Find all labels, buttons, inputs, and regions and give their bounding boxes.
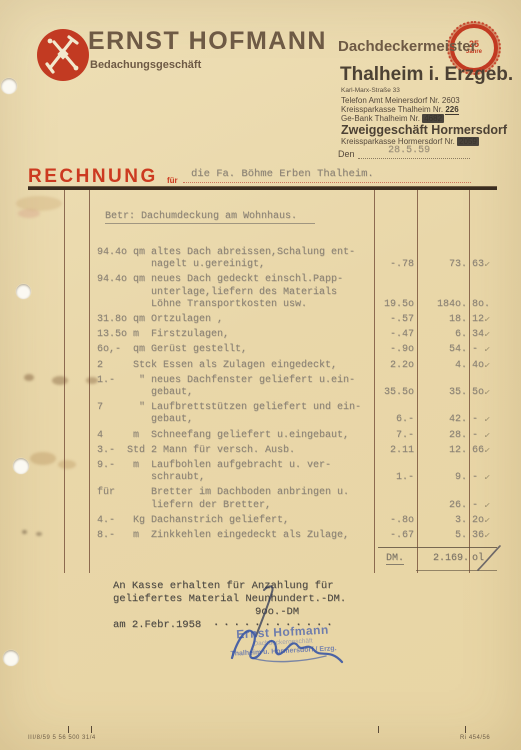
invoice-line-text: 3.- Std 2 Mann für versch. Ausb.: [97, 445, 295, 456]
unit-price: -.67: [372, 530, 414, 541]
company-logo: [36, 28, 90, 87]
unit-price: -.47: [372, 329, 414, 340]
date-line: [358, 158, 470, 159]
registration-mark: [378, 726, 379, 733]
handwritten-tick: ✓: [483, 360, 491, 370]
company-subtitle: Bedachungsgeschäft: [90, 59, 201, 71]
paper-stain: [30, 452, 56, 465]
paper-stain: [24, 374, 34, 381]
customer-name: die Fa. Böhme Erben Thalheim.: [191, 168, 374, 180]
registration-mark: [465, 726, 466, 733]
unit-price: 2.2o: [372, 360, 414, 371]
payment-note-line1: An Kasse erhalten für Anzahlung für: [113, 580, 334, 592]
amount-dm: 35.: [416, 387, 467, 398]
invoice-line-text: 8.- m Zinkkehlen eingedeckt als Zulage,: [97, 530, 349, 541]
invoice-line-text: schraubt,: [97, 472, 205, 483]
amount-dm: 9.: [416, 472, 467, 483]
amount-dm: 12.: [416, 445, 467, 456]
punch-hole: [16, 284, 31, 299]
handwritten-tick: ✓: [483, 260, 491, 270]
bank-line-1: Kreissparkasse Thalheim Nr. 226: [341, 105, 459, 114]
amount-pf: 12: [472, 314, 484, 325]
table-top-rule: [28, 186, 497, 190]
unit-price: -.8o: [372, 515, 414, 526]
amount-dm: 184o.: [416, 299, 467, 310]
print-code-left: III/8/59 5 56 500 31/4: [28, 735, 96, 741]
obscured-account-number: 2059: [457, 137, 479, 146]
table-column-line: [64, 190, 65, 573]
amount-pf: -: [472, 430, 478, 441]
bank-line-2: Ge-Bank Thalheim Nr. 4682: [341, 114, 444, 123]
unit-price: -.78: [372, 259, 414, 270]
registration-mark: [68, 726, 69, 733]
handwritten-tick: ✓: [483, 500, 491, 510]
invoice-line-text: 31.8o qm Ortzulagen ,: [97, 314, 223, 325]
total-amount-dm: 2.169.: [404, 553, 469, 564]
amount-dm: 54.: [416, 344, 467, 355]
invoice-line-text: unterlage,liefern des Materials: [97, 287, 337, 298]
invoice-line-text: gebaut,: [97, 387, 193, 398]
amount-dm: 4.: [416, 360, 467, 371]
unit-price: 6.-: [372, 414, 414, 425]
invoice-line-text: nagelt u.gereinigt,: [97, 259, 265, 270]
invoice-line-text: gebaut,: [97, 414, 193, 425]
invoice-line-text: 6o,- qm Gerüst gestellt,: [97, 344, 247, 355]
amount-dm: 5.: [416, 530, 467, 541]
roofer-guild-emblem-icon: [36, 28, 90, 82]
payment-date: am 2.Febr.1958: [113, 619, 201, 631]
payment-note-line2: geliefertes Material Neunhundert.-DM.: [113, 593, 346, 605]
typed-date: 28.5.59: [388, 145, 430, 156]
amount-pf: 4o: [472, 360, 484, 371]
branch-office: Zweiggeschäft Hormersdorf: [341, 123, 507, 137]
unit-price: -.9o: [372, 344, 414, 355]
punch-hole: [13, 458, 29, 474]
table-column-line: [469, 190, 470, 573]
street-line: Karl-Marx-Straße 33: [341, 87, 400, 94]
registration-mark: [91, 726, 92, 733]
customer-line: die Fa. Böhme Erben Thalheim.: [183, 169, 471, 183]
handwritten-tick: ✓: [483, 430, 491, 440]
amount-pf: 2o: [472, 515, 484, 526]
unit-price: 2.11: [372, 445, 414, 456]
invoice-line-text: 94.4o qm altes Dach abreissen,Schalung e…: [97, 247, 355, 258]
amount-pf: 63: [472, 259, 484, 270]
unit-price: 1.-: [372, 472, 414, 483]
handwritten-tick: ✓: [483, 515, 491, 525]
handwritten-tick: ✓: [483, 445, 491, 455]
amount-pf: -: [472, 344, 478, 355]
punch-hole: [1, 78, 17, 94]
invoice-line-text: Löhne Transportkosten usw.: [97, 299, 307, 310]
amount-pf: -: [472, 414, 478, 425]
subject-line: Betr: Dachumdeckung am Wohnhaus.: [105, 211, 315, 224]
amount-dm: 42.: [416, 414, 467, 425]
handwritten-check-slash: [476, 544, 502, 572]
invoice-line-text: 7 " Laufbrettstützen geliefert und ein-: [97, 402, 361, 413]
table-column-line: [89, 190, 90, 573]
unit-price: 35.5o: [372, 387, 414, 398]
paper-stain: [58, 460, 76, 469]
company-name: ERNST HOFMANN: [88, 27, 327, 56]
paper-stain: [52, 376, 68, 385]
phone-line: Telefon Amt Meinersdorf Nr. 2603: [341, 96, 460, 105]
unit-price: 19.5o: [372, 299, 414, 310]
punch-hole: [3, 650, 19, 666]
bank-account-number: 226: [445, 105, 458, 115]
amount-dm: 3.: [416, 515, 467, 526]
amount-pf: -: [472, 472, 478, 483]
invoice-line-text: 4 m Schneefang geliefert u.eingebaut,: [97, 430, 349, 441]
print-code-right: Ri 454/56: [460, 735, 490, 741]
paper-stain: [18, 209, 40, 218]
obscured-account-number: 4682: [422, 114, 444, 123]
invoice-document: 25 Jahre ERNST HOFMANN Dachdeckermeister…: [0, 0, 521, 750]
invoice-line-text: 1.- " neues Dachfenster geliefert u.ein-: [97, 375, 355, 386]
unit-price: -.57: [372, 314, 414, 325]
amount-pf: 8o.: [472, 299, 490, 310]
unit-price: 7.-: [372, 430, 414, 441]
invoice-line-text: 9.- m Laufbohlen aufgebracht u. ver-: [97, 460, 331, 471]
handwritten-tick: ✓: [483, 315, 491, 325]
invoice-line-text: 13.5o m Firstzulagen,: [97, 329, 229, 340]
amount-pf: 5o: [472, 387, 484, 398]
date-label: Den: [338, 150, 355, 159]
company-profession: Dachdeckermeister: [338, 38, 476, 55]
total-currency-label: DM.: [386, 553, 404, 565]
invoice-line-text: 4.- Kg Dachanstrich geliefert,: [97, 515, 289, 526]
amount-pf: 34: [472, 329, 484, 340]
amount-dm: 26.: [416, 500, 467, 511]
amount-dm: 28.: [416, 430, 467, 441]
invoice-line-text: liefern der Bretter,: [97, 500, 271, 511]
handwritten-tick: ✓: [483, 330, 491, 340]
invoice-line-text: 2 Stck Essen als Zulagen eingedeckt,: [97, 360, 337, 371]
handwritten-tick: ✓: [483, 388, 491, 398]
amount-pf: 66: [472, 445, 484, 456]
paper-stain: [22, 530, 27, 534]
handwritten-tick: ✓: [483, 473, 491, 483]
invoice-heading-suffix: für: [167, 176, 178, 185]
invoice-line-text: für Bretter im Dachboden anbringen u.: [97, 487, 349, 498]
invoice-heading: RECHNUNG: [28, 166, 158, 188]
handwritten-tick: ✓: [483, 531, 491, 541]
handwritten-tick: ✓: [483, 345, 491, 355]
paper-stain: [36, 532, 42, 536]
invoice-line-text: 94.4o qm neues Dach gedeckt einschl.Papp…: [97, 274, 343, 285]
company-city: Thalheim i. Erzgeb.: [340, 64, 513, 86]
handwritten-tick: ✓: [483, 415, 491, 425]
amount-dm: 6.: [416, 329, 467, 340]
amount-dm: 73.: [416, 259, 467, 270]
amount-pf: 36: [472, 530, 484, 541]
amount-pf: -: [472, 500, 478, 511]
amount-dm: 18.: [416, 314, 467, 325]
handwritten-signature-icon: [222, 612, 347, 672]
